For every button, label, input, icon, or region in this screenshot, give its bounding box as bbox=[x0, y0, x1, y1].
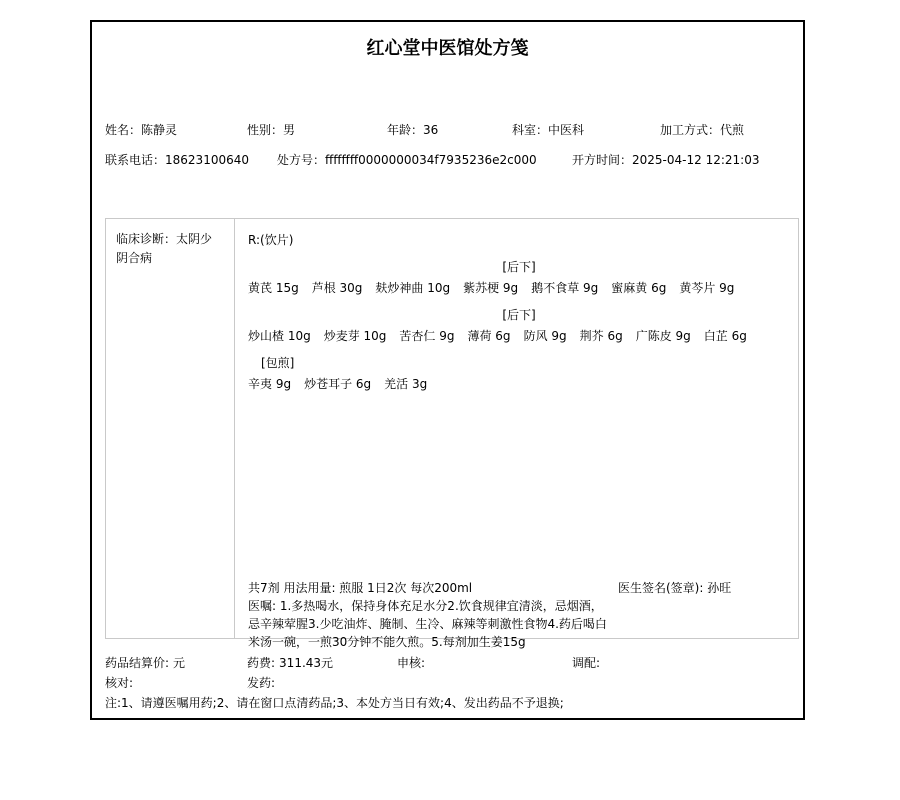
herb-line: 黄芪 15g芦根 30g麸炒神曲 10g紫苏梗 9g鹅不食草 9g蜜麻黄 6g黄… bbox=[248, 278, 790, 298]
patient-gender-field: 性别：男 bbox=[247, 120, 295, 140]
doctor-signature-field: 医生签名(签章): 孙旺 bbox=[618, 580, 731, 597]
herb-item: 炒苍耳子 6g bbox=[304, 377, 371, 391]
herb-item: 紫苏梗 9g bbox=[463, 281, 518, 295]
rx-cell: R:(饮片) [后下]黄芪 15g芦根 30g麸炒神曲 10g紫苏梗 9g鹅不食… bbox=[235, 219, 798, 638]
prescription-table: 临床诊断：太阴少阴合病 R:(饮片) [后下]黄芪 15g芦根 30g麸炒神曲 … bbox=[105, 218, 799, 639]
department-label: 科室： bbox=[512, 123, 548, 137]
herb-item: 炒山楂 10g bbox=[248, 329, 311, 343]
patient-info-row-2: 联系电话：18623100640 处方号：ffffffff0000000034f… bbox=[92, 150, 803, 170]
page-title: 红心堂中医馆处方笺 bbox=[92, 38, 803, 60]
phone-field: 联系电话：18623100640 bbox=[105, 150, 249, 170]
herb-item: 白芷 6g bbox=[704, 329, 747, 343]
herb-item: 鹅不食草 9g bbox=[531, 281, 598, 295]
herb-item: 羌活 3g bbox=[384, 377, 427, 391]
medical-advice: 医嘱: 1.多热喝水，保持身体充足水分2.饮食规律宜清淡，忌烟酒，忌辛辣荤腥3.… bbox=[248, 597, 610, 651]
patient-age-value: 36 bbox=[423, 123, 438, 137]
diagnosis-cell: 临床诊断：太阴少阴合病 bbox=[106, 219, 235, 638]
patient-info-row-1: 姓名：陈静灵 性别：男 年龄：36 科室：中医科 加工方式：代煎 bbox=[92, 120, 803, 140]
patient-age-label: 年龄： bbox=[387, 123, 423, 137]
rx-number-label: 处方号： bbox=[277, 153, 325, 167]
phone-label: 联系电话： bbox=[105, 153, 165, 167]
herb-item: 防风 9g bbox=[524, 329, 567, 343]
rx-number-value: ffffffff0000000034f7935236e2c000 bbox=[325, 153, 537, 167]
fee-value: 311.43元 bbox=[279, 656, 333, 670]
issue-time-value: 2025-04-12 12:21:03 bbox=[632, 153, 759, 167]
prescription-sheet: 红心堂中医馆处方笺 姓名：陈静灵 性别：男 年龄：36 科室：中医科 加工方式：… bbox=[90, 20, 805, 720]
settle-price-field: 药品结算价:元 bbox=[105, 653, 185, 673]
herb-group-tag: [后下] bbox=[248, 257, 790, 277]
issue-time-field: 开方时间：2025-04-12 12:21:03 bbox=[572, 150, 759, 170]
doctor-signature-label: 医生签名(签章): bbox=[618, 581, 707, 595]
usage-summary: 共7剂 用法用量: 煎服 1日2次 每次200ml bbox=[248, 581, 472, 595]
footer-row-3: 注:1、请遵医嘱用药;2、请在窗口点清药品;3、本处方当日有效;4、发出药品不予… bbox=[105, 693, 790, 713]
herb-item: 荆芥 6g bbox=[580, 329, 623, 343]
processing-method-field: 加工方式：代煎 bbox=[660, 120, 744, 140]
herb-item: 黄芩片 9g bbox=[679, 281, 734, 295]
settle-price-label: 药品结算价: bbox=[105, 656, 169, 670]
patient-name-field: 姓名：陈静灵 bbox=[105, 120, 177, 140]
herb-item: 芦根 30g bbox=[312, 281, 363, 295]
phone-value: 18623100640 bbox=[165, 153, 249, 167]
check-field: 核对: bbox=[105, 673, 133, 693]
footer-row-2: 核对: 发药: bbox=[105, 673, 790, 693]
department-value: 中医科 bbox=[548, 123, 584, 137]
processing-method-label: 加工方式： bbox=[660, 123, 720, 137]
herb-group-tag: [包煎] bbox=[248, 353, 790, 373]
settle-price-value: 元 bbox=[173, 656, 185, 670]
herb-item: 广陈皮 9g bbox=[636, 329, 691, 343]
herb-item: 炒麦芽 10g bbox=[324, 329, 387, 343]
herb-line: 辛夷 9g炒苍耳子 6g羌活 3g bbox=[248, 374, 790, 394]
usage-summary-row: 共7剂 用法用量: 煎服 1日2次 每次200ml 医生签名(签章): 孙旺 bbox=[248, 580, 796, 597]
dispense-field: 调配: bbox=[572, 653, 600, 673]
footer-row-1: 药品结算价:元 药费:311.43元 申核: 调配: bbox=[105, 653, 790, 673]
fee-field: 药费:311.43元 bbox=[247, 653, 333, 673]
rx-number-field: 处方号：ffffffff0000000034f7935236e2c000 bbox=[277, 150, 537, 170]
prescription-page: { "page": { "title": "红心堂中医馆处方笺" }, "pat… bbox=[0, 0, 900, 800]
herb-groups: [后下]黄芪 15g芦根 30g麸炒神曲 10g紫苏梗 9g鹅不食草 9g蜜麻黄… bbox=[248, 257, 790, 394]
patient-gender-label: 性别： bbox=[247, 123, 283, 137]
department-field: 科室：中医科 bbox=[512, 120, 584, 140]
issue-field: 发药: bbox=[247, 673, 275, 693]
herb-item: 薄荷 6g bbox=[467, 329, 510, 343]
herb-item: 苦杏仁 9g bbox=[399, 329, 454, 343]
herb-item: 麸炒神曲 10g bbox=[375, 281, 450, 295]
herb-item: 辛夷 9g bbox=[248, 377, 291, 391]
herb-item: 蜜麻黄 6g bbox=[611, 281, 666, 295]
processing-method-value: 代煎 bbox=[720, 123, 744, 137]
patient-age-field: 年龄：36 bbox=[387, 120, 438, 140]
rx-bottom-block: 共7剂 用法用量: 煎服 1日2次 每次200ml 医生签名(签章): 孙旺 医… bbox=[248, 580, 796, 651]
herb-item: 黄芪 15g bbox=[248, 281, 299, 295]
footer-note: 注:1、请遵医嘱用药;2、请在窗口点清药品;3、本处方当日有效;4、发出药品不予… bbox=[105, 693, 564, 713]
rx-header: R:(饮片) bbox=[248, 230, 790, 250]
review-field: 申核: bbox=[397, 653, 425, 673]
doctor-signature-name: 孙旺 bbox=[707, 581, 731, 595]
fee-label: 药费: bbox=[247, 656, 275, 670]
patient-gender-value: 男 bbox=[283, 123, 295, 137]
diagnosis-label: 临床诊断： bbox=[116, 232, 176, 246]
patient-name-value: 陈静灵 bbox=[141, 123, 177, 137]
patient-name-label: 姓名： bbox=[105, 123, 141, 137]
herb-group-tag: [后下] bbox=[248, 305, 790, 325]
herb-line: 炒山楂 10g炒麦芽 10g苦杏仁 9g薄荷 6g防风 9g荆芥 6g广陈皮 9… bbox=[248, 326, 790, 346]
issue-time-label: 开方时间： bbox=[572, 153, 632, 167]
